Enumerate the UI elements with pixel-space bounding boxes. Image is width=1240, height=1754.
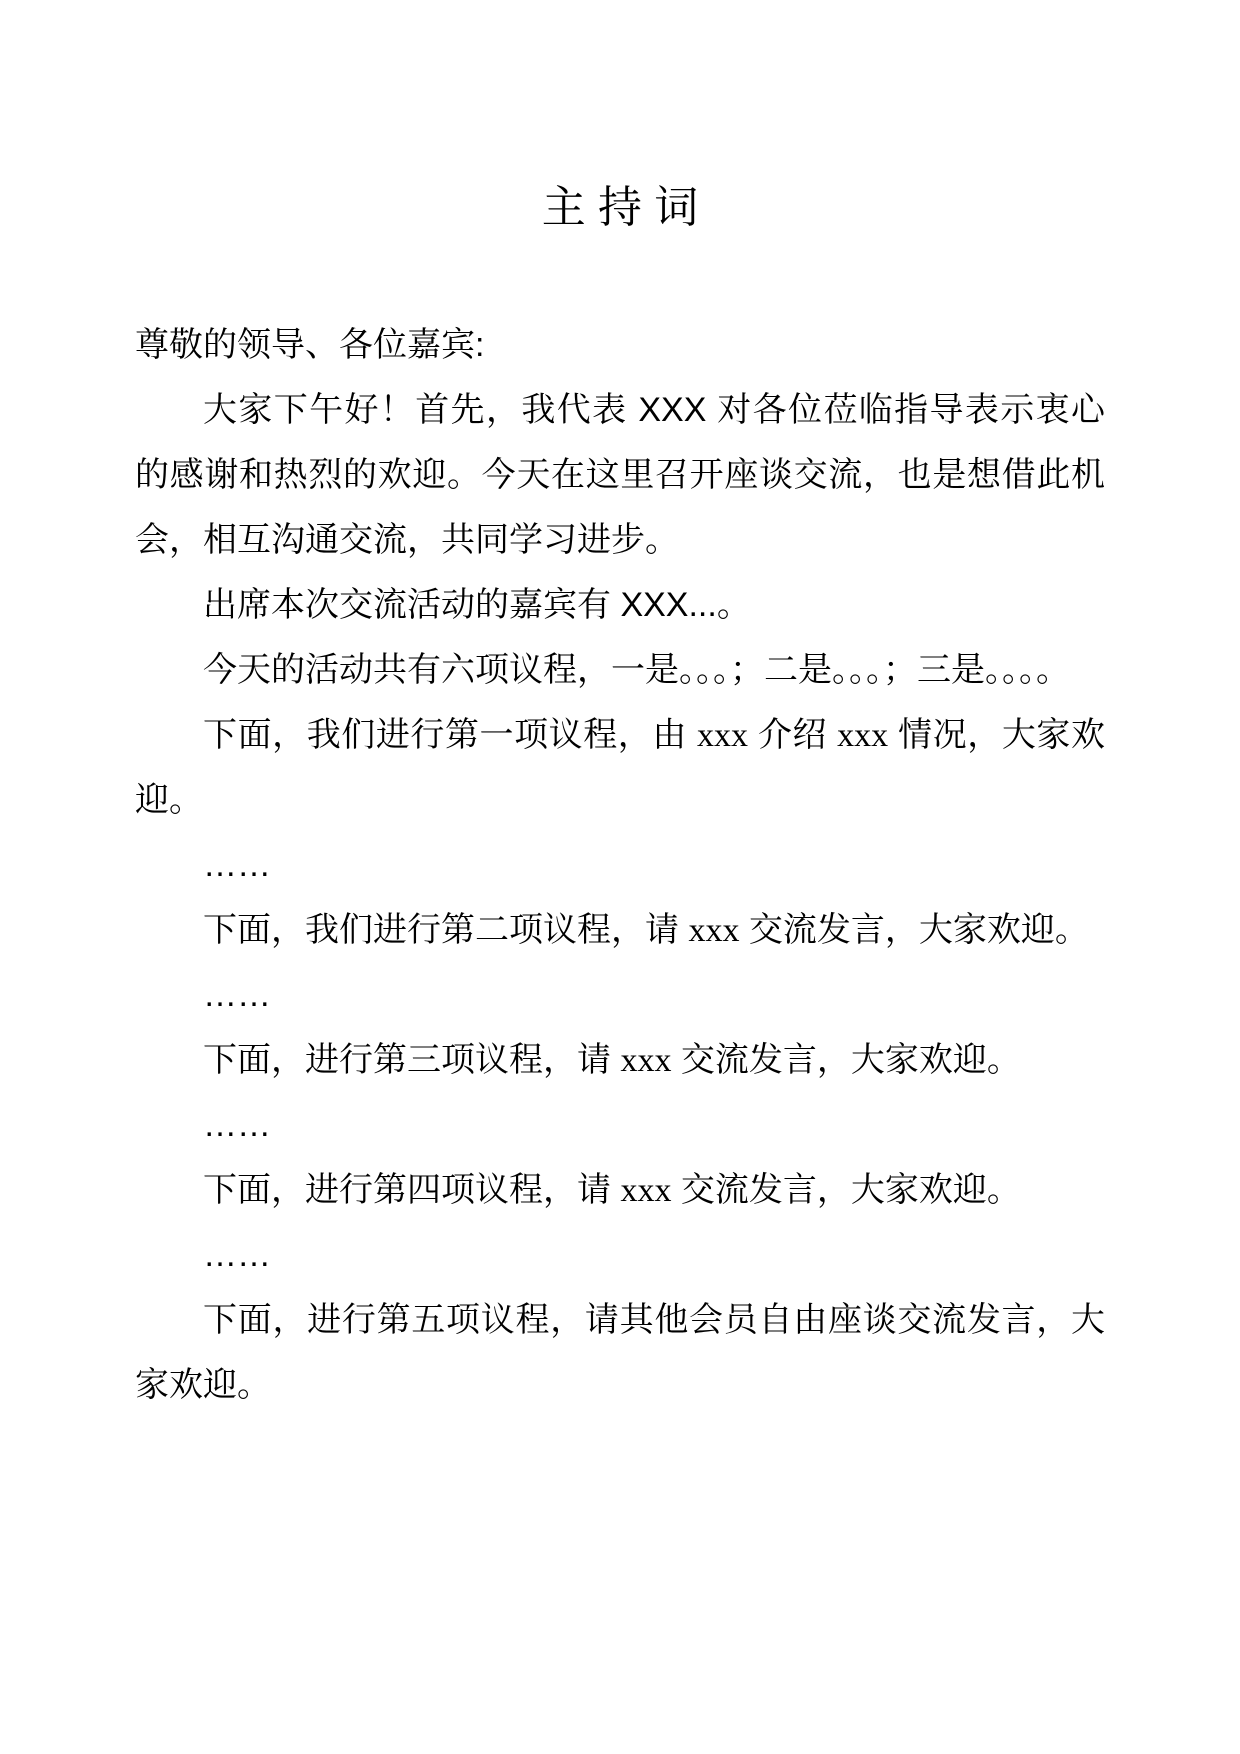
paragraph: 出席本次交流活动的嘉宾有 XXX...。 — [135, 573, 1105, 638]
placeholder-xxx: xxx — [697, 717, 748, 754]
placeholder-xxx: xxx — [837, 717, 888, 754]
paragraph: …… — [135, 833, 1105, 898]
placeholder-xxx: xxx — [620, 1172, 671, 1209]
paragraph: …… — [135, 1223, 1105, 1288]
placeholder-xxx: xxx — [688, 912, 739, 949]
paragraph: 下面，进行第五项议程，请其他会员自由座谈交流发言，大家欢迎。 — [135, 1288, 1105, 1418]
document-title: 主 持 词 — [135, 181, 1105, 234]
paragraph: …… — [135, 1093, 1105, 1158]
paragraph: 下面，进行第三项议程，请 xxx 交流发言，大家欢迎。 — [135, 1028, 1105, 1093]
document-body: 尊敬的领导、各位嘉宾:大家下午好！首先，我代表 XXX 对各位莅临指导表示衷心的… — [135, 313, 1105, 1418]
paragraph: 大家下午好！首先，我代表 XXX 对各位莅临指导表示衷心的感谢和热烈的欢迎。今天… — [135, 378, 1105, 573]
paragraph: 下面，我们进行第二项议程，请 xxx 交流发言，大家欢迎。 — [135, 898, 1105, 963]
paragraph: …… — [135, 963, 1105, 1028]
paragraph: 下面，我们进行第一项议程，由 xxx 介绍 xxx 情况，大家欢迎。 — [135, 703, 1105, 833]
document-page: 主 持 词 尊敬的领导、各位嘉宾:大家下午好！首先，我代表 XXX 对各位莅临指… — [0, 0, 1240, 1754]
paragraph: 尊敬的领导、各位嘉宾: — [135, 313, 1105, 378]
paragraph: 下面，进行第四项议程，请 xxx 交流发言，大家欢迎。 — [135, 1158, 1105, 1223]
paragraph: 今天的活动共有六项议程，一是。。。；二是。。。；三是。。。。 — [135, 638, 1105, 703]
placeholder-xxx: xxx — [620, 1042, 671, 1079]
